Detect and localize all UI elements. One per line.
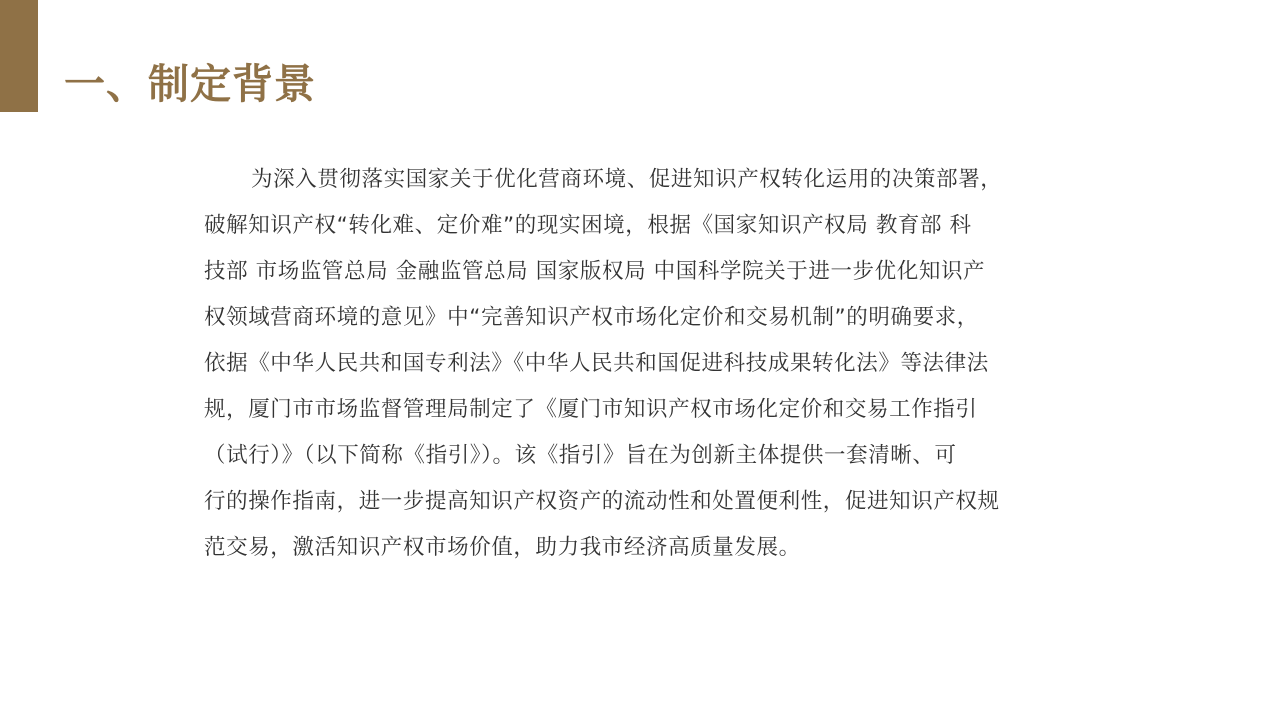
slide: 一、制定背景 为深入贯彻落实国家关于优化营商环境、促进知识产权转化运用的决策部署…: [0, 0, 1280, 720]
slide-title: 一、制定背景: [64, 56, 316, 112]
body-line: 行的操作指南，进一步提高知识产权资产的流动性和处置便利性，促进知识产权规: [204, 479, 1070, 525]
body-line: 破解知识产权“转化难、定价难”的现实困境，根据《国家知识产权局 教育部 科: [204, 203, 1070, 249]
body-line: 为深入贯彻落实国家关于优化营商环境、促进知识产权转化运用的决策部署，: [204, 157, 1070, 203]
body-paragraph: 为深入贯彻落实国家关于优化营商环境、促进知识产权转化运用的决策部署， 破解知识产…: [204, 157, 1070, 571]
body-line: 范交易，激活知识产权市场价值，助力我市经济高质量发展。: [204, 525, 1070, 571]
body-line: 技部 市场监管总局 金融监管总局 国家版权局 中国科学院关于进一步优化知识产: [204, 249, 1070, 295]
title-accent-bar: [0, 0, 38, 112]
body-line: （试行）》（以下简称《指引》）。该《指引》旨在为创新主体提供一套清晰、可: [204, 433, 1070, 479]
body-line: 规，厦门市市场监督管理局制定了《厦门市知识产权市场化定价和交易工作指引: [204, 387, 1070, 433]
body-line: 权领域营商环境的意见》中“完善知识产权市场化定价和交易机制”的明确要求，: [204, 295, 1070, 341]
body-line: 依据《中华人民共和国专利法》《中华人民共和国促进科技成果转化法》等法律法: [204, 341, 1070, 387]
